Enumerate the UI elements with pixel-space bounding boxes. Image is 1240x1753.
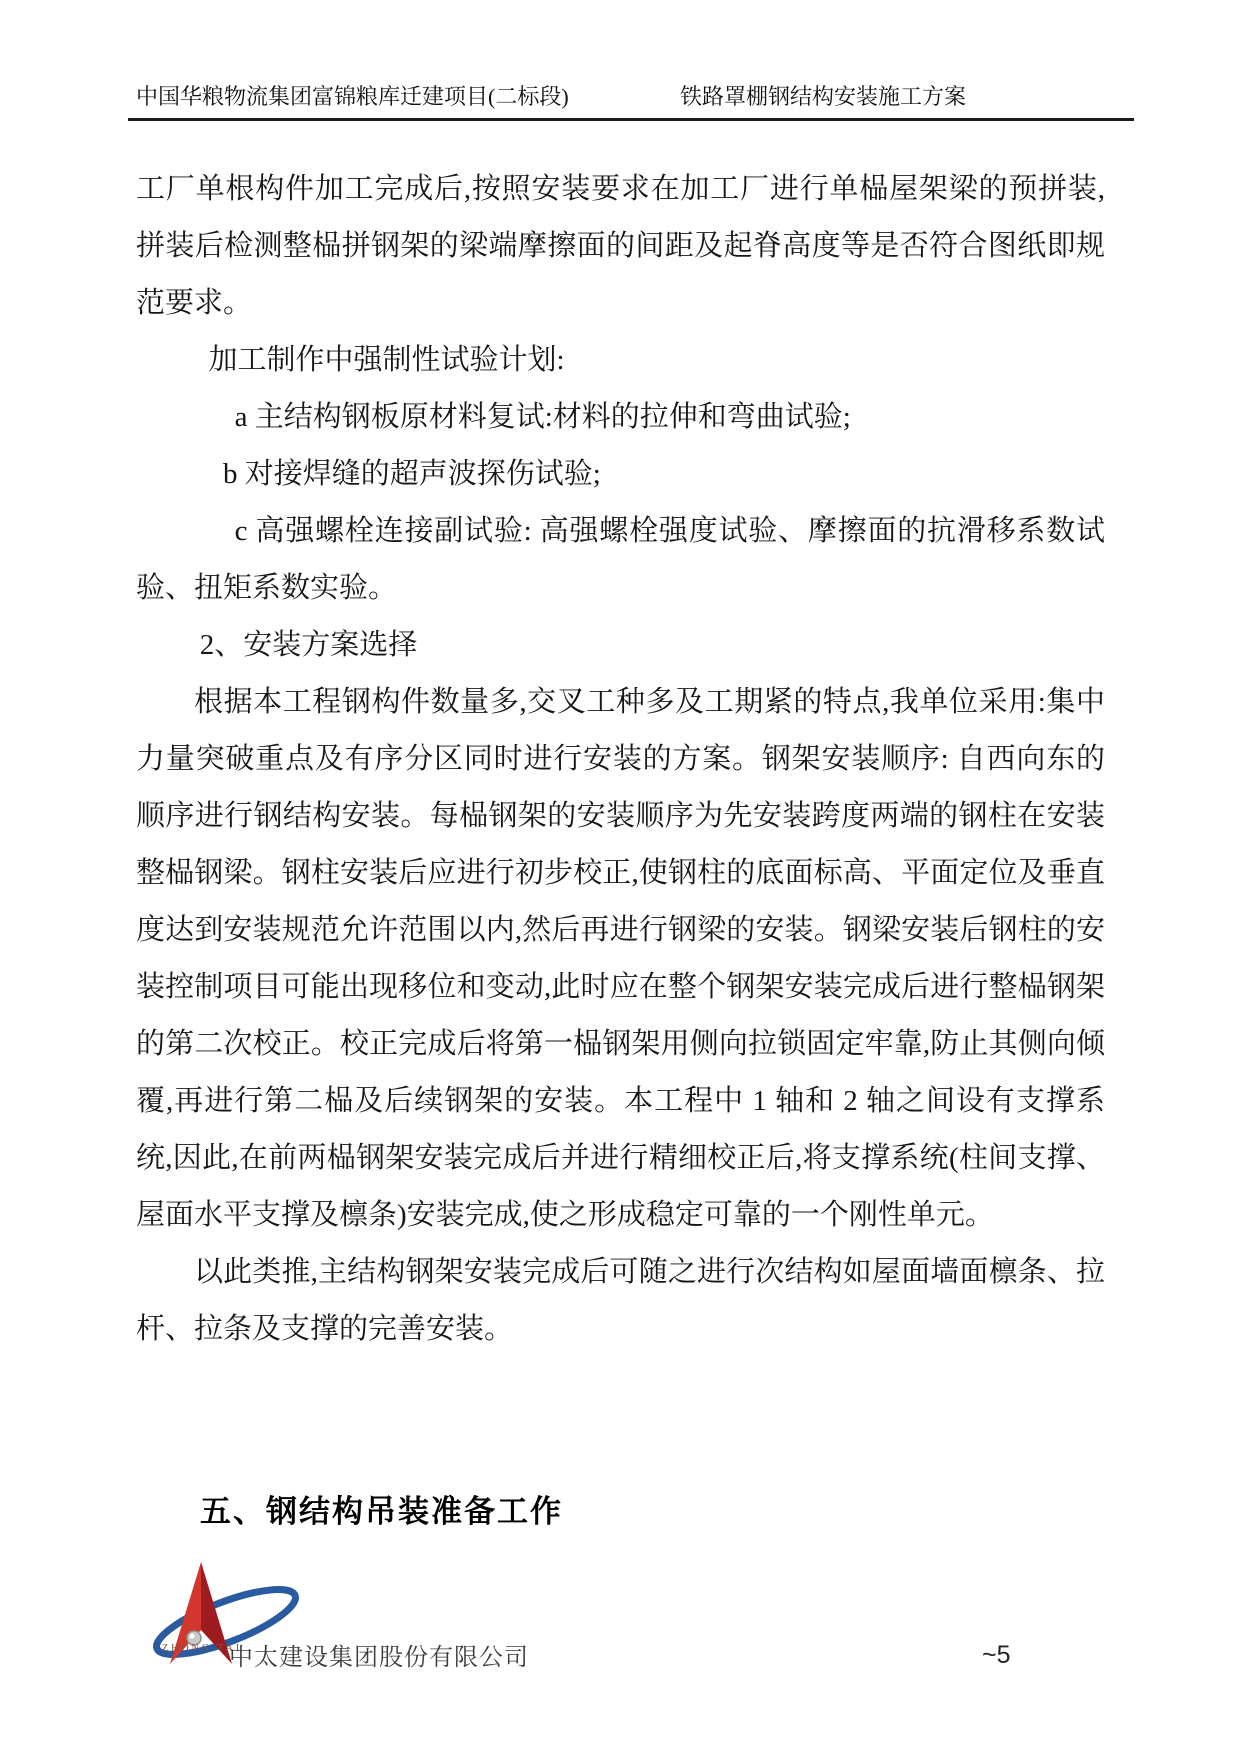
paragraph: a 主结构钢板原材料复试:材料的拉伸和弯曲试验; [136, 389, 1105, 446]
page-header: 中国华粮物流集团富锦粮库迁建项目(二标段) 铁路罩棚钢结构安装施工方案 [128, 76, 1134, 121]
paragraph: 工厂单根构件加工完成后,按照安装要求在加工厂进行单榀屋架梁的预拼装,拼装后检测整… [136, 161, 1105, 332]
section-heading: 五、钢结构吊装准备工作 [200, 1486, 563, 1531]
paragraph: c 高强螺栓连接副试验: 高强螺栓强度试验、摩擦面的抗滑移系数试验、扭矩系数实验… [136, 503, 1105, 617]
header-right-title: 铁路罩棚钢结构安装施工方案 [680, 80, 966, 111]
logo-ball-highlight [190, 1634, 195, 1639]
document-page: 中国华粮物流集团富锦粮库迁建项目(二标段) 铁路罩棚钢结构安装施工方案 工厂单根… [0, 0, 1240, 1753]
footer-company-name: 中太建设集团股份有限公司 [229, 1637, 529, 1672]
paragraph: b 对接焊缝的超声波探伤试验; [136, 446, 1105, 503]
page-number: ~5 [982, 1641, 1011, 1670]
body-paragraphs: 工厂单根构件加工完成后,按照安装要求在加工厂进行单榀屋架梁的预拼装,拼装后检测整… [136, 161, 1105, 1358]
paragraph: 2、安装方案选择 [136, 617, 1105, 674]
paragraph: 加工制作中强制性试验计划: [136, 332, 1105, 389]
paragraph: 以此类推,主结构钢架安装完成后可随之进行次结构如屋面墙面檩条、拉杆、拉条及支撑的… [136, 1244, 1105, 1358]
header-left-title: 中国华粮物流集团富锦粮库迁建项目(二标段) [136, 80, 569, 111]
paragraph: 根据本工程钢构件数量多,交叉工种多及工期紧的特点,我单位采用:集中力量突破重点及… [136, 674, 1105, 1244]
